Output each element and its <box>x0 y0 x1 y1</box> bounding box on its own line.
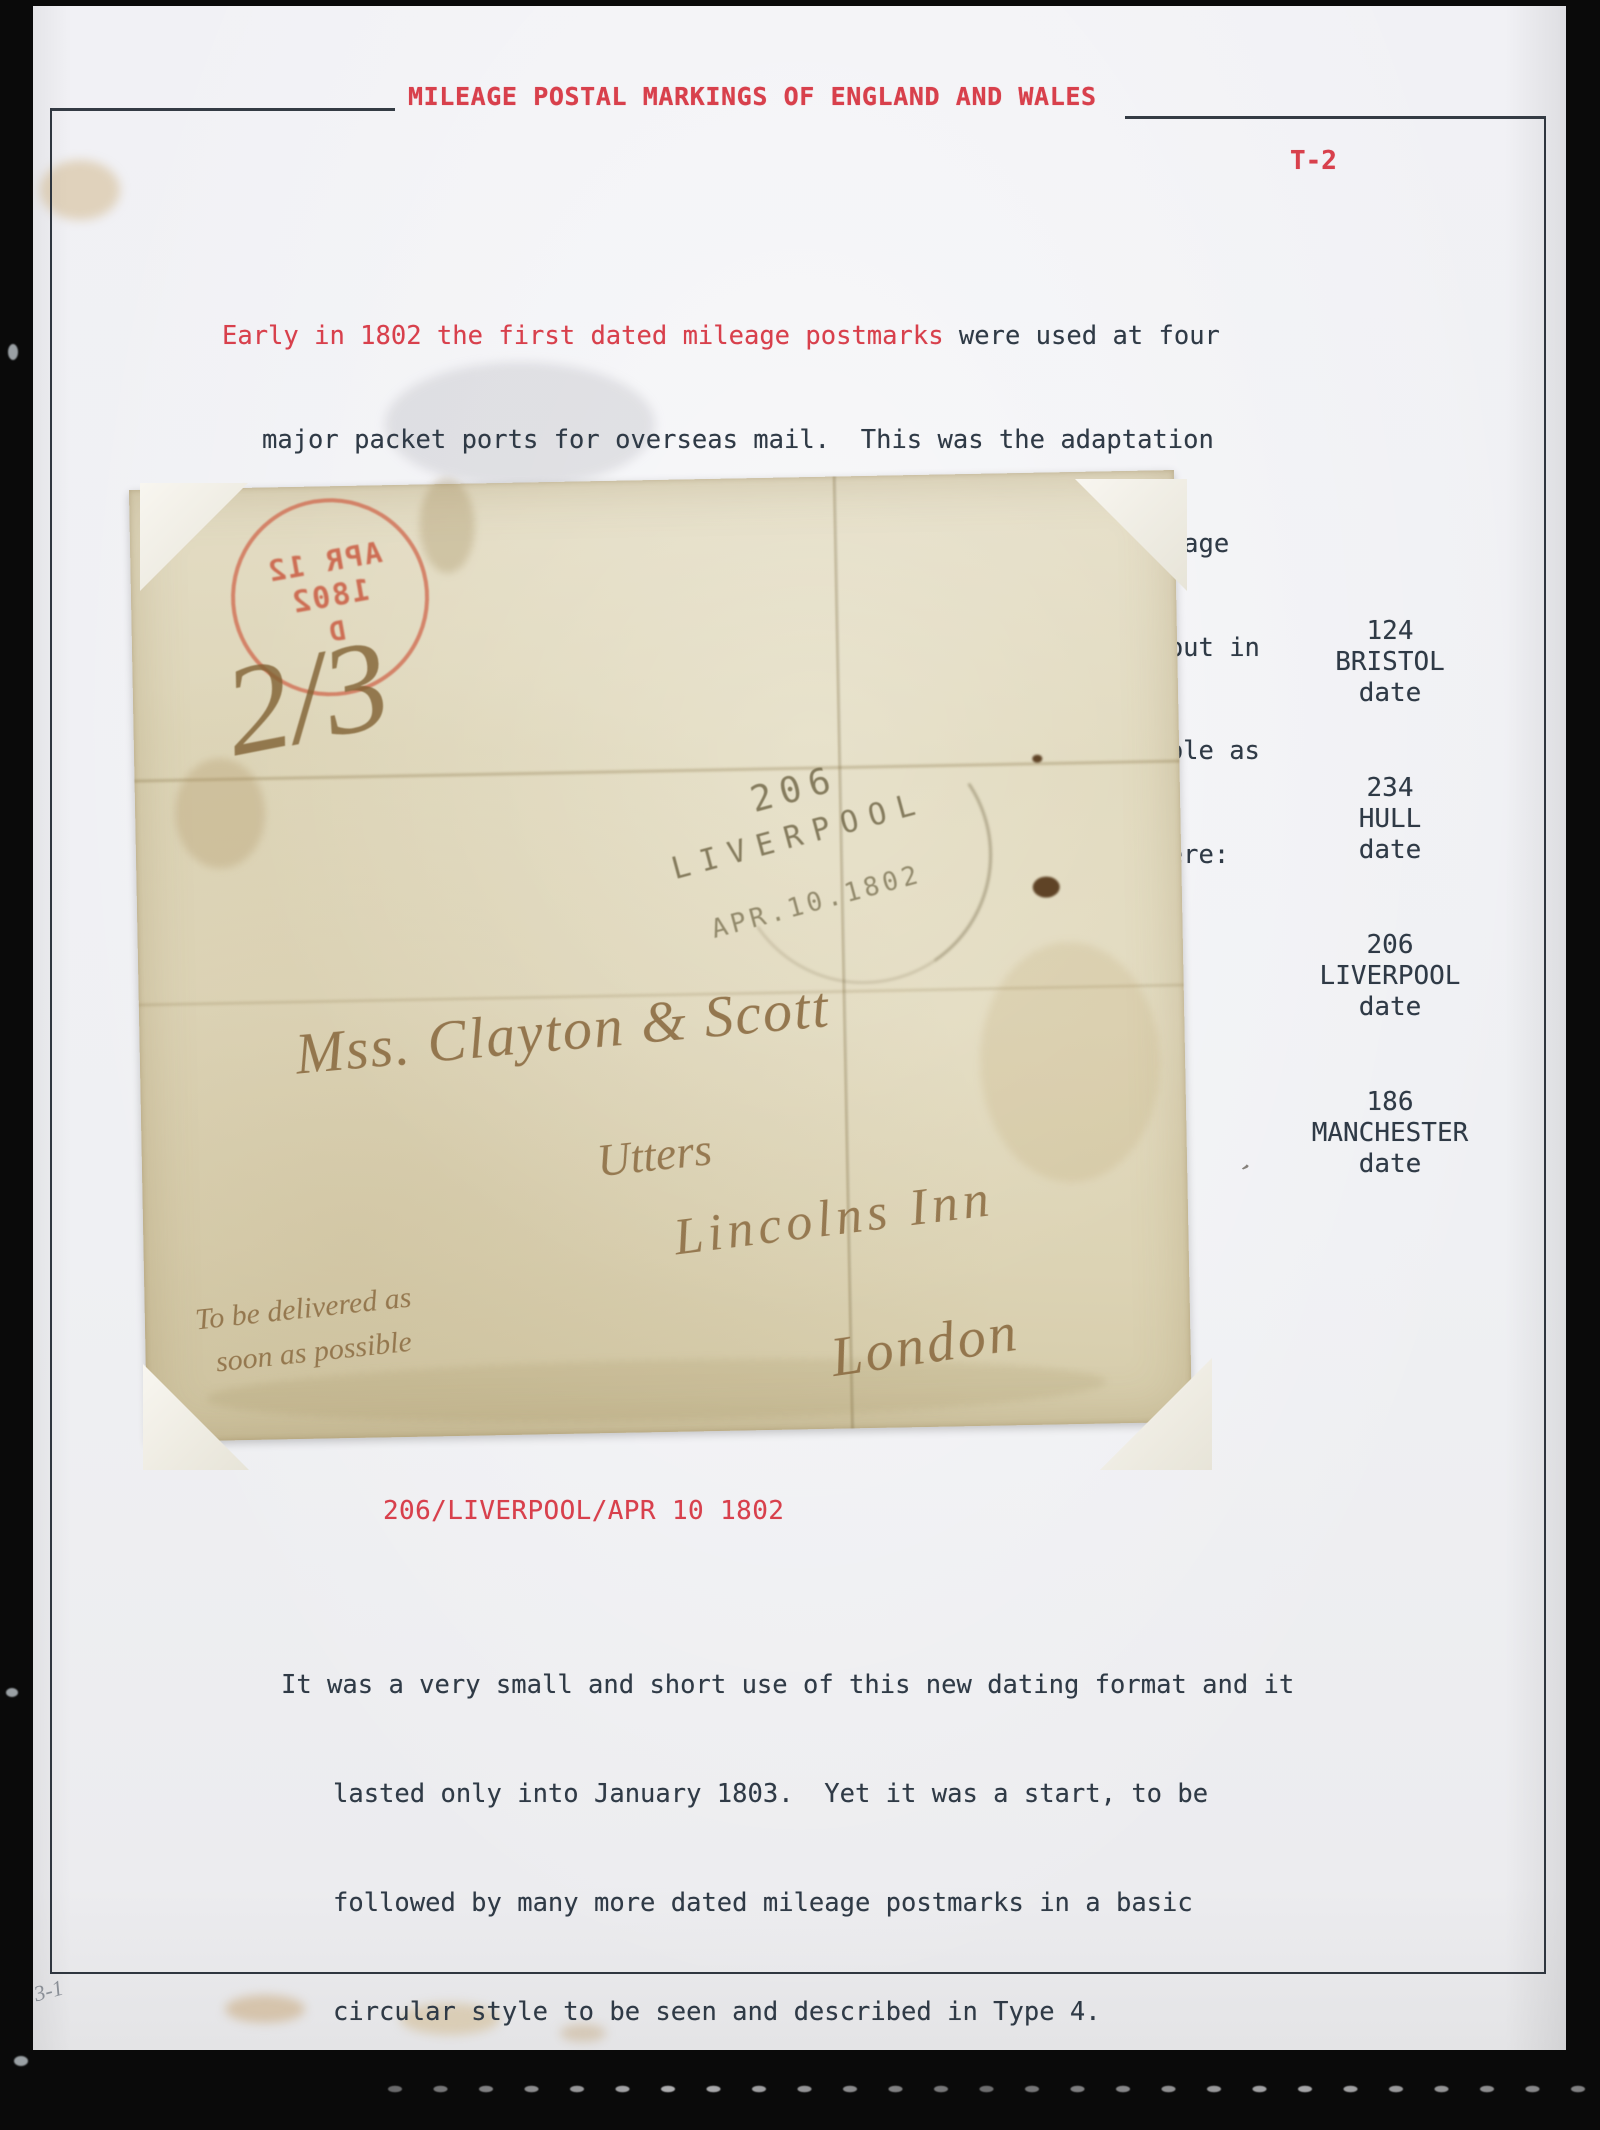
page-title: MILEAGE POSTAL MARKINGS OF ENGLAND AND W… <box>408 82 1097 111</box>
closing-paragraph: It was a very small and short use of thi… <box>281 1594 1341 2104</box>
endorsement-note: To be delivered as soon as possible <box>193 1276 418 1387</box>
source-number: 234 <box>1240 773 1540 804</box>
binding-perforations <box>372 2080 1600 2098</box>
intro-line-1: Early in 1802 the first dated mileage po… <box>222 319 1262 354</box>
header-rule-left <box>50 108 395 111</box>
cover-stain <box>978 940 1163 1183</box>
binding-speck <box>14 2056 28 2066</box>
binding-speck <box>8 344 18 360</box>
source-bristol: 124 BRISTOL date <box>1240 616 1540 709</box>
source-city: HULL <box>1240 804 1540 835</box>
page-stain <box>40 160 120 220</box>
cover-caption: 206/LIVERPOOL/APR 10 1802 <box>383 1496 784 1526</box>
album-scan: MILEAGE POSTAL MARKINGS OF ENGLAND AND W… <box>0 0 1600 2130</box>
source-hull: 234 HULL date <box>1240 773 1540 866</box>
page-border-right <box>1544 118 1546 1974</box>
cover-photo: APR 12 1802 D 206 LIVERPOOL APR.10.1802 … <box>129 470 1192 1442</box>
address-line-2: Utters <box>594 1122 714 1187</box>
source-city: LIVERPOOL <box>1240 961 1540 992</box>
closing-line-2: lasted only into January 1803. Yet it wa… <box>281 1776 1341 1812</box>
source-liverpool: 206 LIVERPOOL date <box>1240 930 1540 1023</box>
binding-speck <box>6 1688 18 1697</box>
address-line-name: Mss. Clayton & Scott <box>292 973 832 1087</box>
source-number: 206 <box>1240 930 1540 961</box>
source-city: BRISTOL <box>1240 647 1540 678</box>
source-manchester: 186 MANCHESTER date <box>1240 1087 1540 1180</box>
page-tag: T-2 <box>1290 146 1337 176</box>
mileage-strike-rim <box>712 704 1014 1006</box>
rate-mark: 2/3 <box>212 610 401 786</box>
source-note: date <box>1240 992 1540 1023</box>
source-note: date <box>1240 678 1540 709</box>
closing-line-1: It was a very small and short use of thi… <box>281 1667 1341 1703</box>
source-number: 124 <box>1240 616 1540 647</box>
closing-line-4: circular style to be seen and described … <box>281 1994 1341 2030</box>
intro-line-2: major packet ports for overseas mail. Th… <box>222 423 1262 458</box>
closing-line-3: followed by many more dated mileage post… <box>281 1885 1341 1921</box>
source-note: date <box>1240 1149 1540 1180</box>
source-city: MANCHESTER <box>1240 1118 1540 1149</box>
source-note: date <box>1240 835 1540 866</box>
intro-red-lead: Early in 1802 the first dated mileage po… <box>222 321 944 351</box>
cover-stain <box>419 477 476 573</box>
header-rule-right <box>1125 116 1546 119</box>
page-border-left <box>50 108 52 1974</box>
ink-spot <box>1033 876 1060 898</box>
intro-line-1-rest: were used at four <box>944 321 1220 351</box>
source-number: 186 <box>1240 1087 1540 1118</box>
address-line-3: Lincolns Inn <box>671 1169 997 1267</box>
